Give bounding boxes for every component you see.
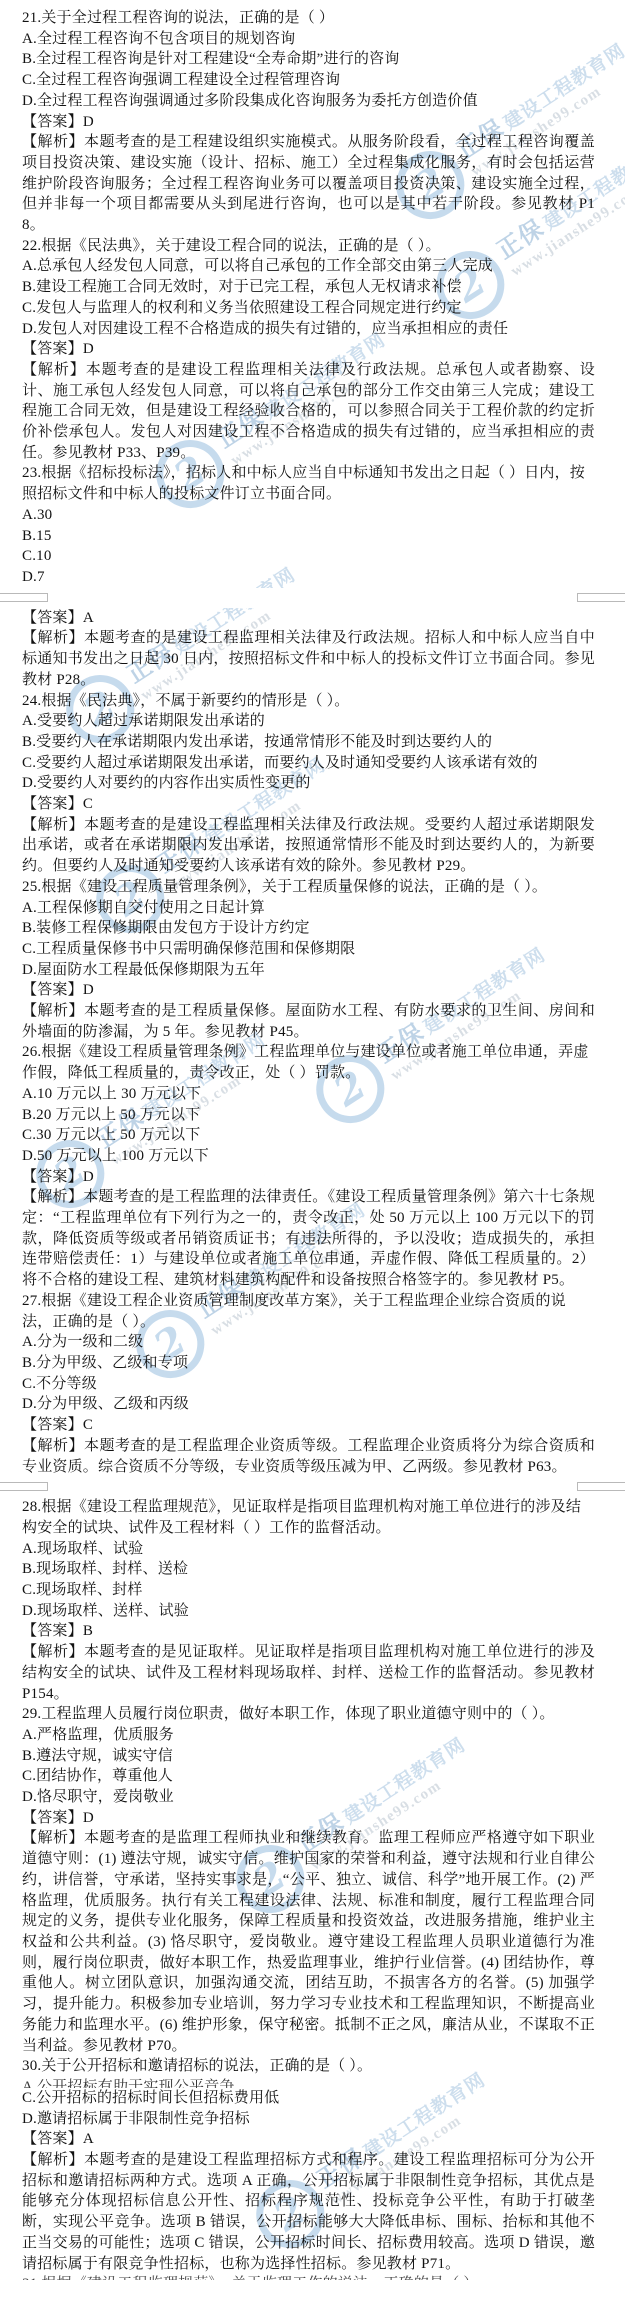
- analysis-paragraph: 【解析】本题考查的是见证取样。见证取样是指项目监理机构对施工单位进行的涉及结构安…: [22, 1642, 595, 1704]
- answer-value: D: [83, 1169, 94, 1185]
- option-d: D.分为甲级、乙级和丙级: [22, 1394, 595, 1415]
- answer-line: 【答案】D: [22, 1167, 595, 1188]
- document-content: 21.关于全过程工程咨询的说法，正确的是（ ） A.全过程工程咨询不包含项目的规…: [0, 8, 625, 2280]
- answer-line: 【答案】D: [22, 339, 595, 360]
- answer-label: 【答案】: [22, 2131, 83, 2147]
- option-b: B.遵法守规，诚实守信: [22, 1746, 595, 1767]
- option-d: D.50 万元以上 100 万元以下: [22, 1146, 595, 1167]
- option-a: A.30: [22, 505, 595, 526]
- analysis-text: 本题考查的是工程质量保修。屋面防水工程、有防水要求的卫生间、房间和外墙面的防渗漏…: [22, 1003, 595, 1040]
- option-c: C.公开招标的招标时间长但招标费用低: [22, 2088, 595, 2109]
- analysis-label: 【解析】: [22, 1438, 84, 1454]
- page-break-marker: [0, 1477, 625, 1497]
- analysis-text: 本题考查的是建设工程监理相关法律及行政法规。总承包人或者勘察、设计、施工承包人经…: [22, 362, 595, 461]
- analysis-label: 【解析】: [22, 1644, 84, 1660]
- analysis-label: 【解析】: [22, 1189, 83, 1205]
- analysis-text: 本题考查的是工程监理企业资质等级。工程监理企业资质将分为综合资质和专业资质。综合…: [22, 1438, 595, 1475]
- option-d: D.发包人对因建设工程不合格造成的损失有过错的，应当承担相应的责任: [22, 319, 595, 340]
- option-b: B.现场取样、封样、送检: [22, 1559, 595, 1580]
- option-a: A.全过程工程咨询不包含项目的规划咨询: [22, 29, 595, 50]
- question-stem: 21.关于全过程工程咨询的说法，正确的是（ ）: [22, 8, 595, 29]
- answer-label: 【答案】: [22, 982, 83, 998]
- option-a: A.现场取样、试验: [22, 1539, 595, 1560]
- analysis-label: 【解析】: [22, 1830, 84, 1846]
- answer-value: A: [83, 610, 94, 626]
- analysis-label: 【解析】: [22, 134, 84, 150]
- option-d: D.邀请招标属于非限制性竞争招标: [22, 2109, 595, 2130]
- analysis-paragraph: 【解析】本题考查的是建设工程监理相关法律及行政法规。受要约人超过承诺期限发出承诺…: [22, 815, 595, 877]
- answer-line: 【答案】C: [22, 1415, 595, 1436]
- answer-value: C: [83, 1417, 93, 1433]
- analysis-label: 【解析】: [22, 2152, 84, 2168]
- answer-label: 【答案】: [22, 114, 83, 130]
- option-c: C.团结协作，尊重他人: [22, 1766, 595, 1787]
- analysis-paragraph: 【解析】本题考查的是工程建设组织实施模式。从服务阶段看，全过程工程咨询覆盖项目投…: [22, 132, 595, 236]
- analysis-text: 本题考查的是工程建设组织实施模式。从服务阶段看，全过程工程咨询覆盖项目投资决策、…: [22, 134, 595, 233]
- analysis-paragraph: 【解析】本题考查的是建设工程监理相关法律及行政法规。招标人和中标人应当自中标通知…: [22, 628, 595, 690]
- question-block-30: 30.关于公开招标和邀请招标的说法，正确的是（ ）。 A.公开招标有助于实现公平…: [22, 2056, 595, 2274]
- analysis-paragraph: 【解析】本题考查的是建设工程监理招标方式和程序。建设工程监理招标可分为公开招标和…: [22, 2150, 595, 2274]
- question-stem: 23.根据《招标投标法》，招标人和中标人应当自中标通知书发出之日起（ ）日内，按…: [22, 463, 595, 504]
- answer-label: 【答案】: [22, 1810, 83, 1826]
- option-d: D.屋面防水工程最低保修期限为五年: [22, 960, 595, 981]
- analysis-paragraph: 【解析】本题考查的是工程监理的法律责任。《建设工程质量管理条例》第六十七条规定：…: [22, 1187, 595, 1291]
- option-a: A.受要约人超过承诺期限发出承诺的: [22, 711, 595, 732]
- question-block-26: 26.根据《建设工程质量管理条例》工程监理单位与建设单位或者施工单位串通，弄虚作…: [22, 1042, 595, 1290]
- question-stem: 24.根据《民法典》，不属于新要约的情形是（ ）。: [22, 691, 595, 712]
- option-c: C.不分等级: [22, 1374, 595, 1395]
- answer-line: 【答案】D: [22, 1808, 595, 1829]
- answer-value: A: [83, 2131, 94, 2147]
- question-block-21: 21.关于全过程工程咨询的说法，正确的是（ ） A.全过程工程咨询不包含项目的规…: [22, 8, 595, 236]
- answer-value: B: [83, 1623, 93, 1639]
- analysis-paragraph: 【解析】本题考查的是工程质量保修。屋面防水工程、有防水要求的卫生间、房间和外墙面…: [22, 1001, 595, 1042]
- page-break-right-bracket: [577, 593, 625, 602]
- analysis-label: 【解析】: [22, 630, 84, 646]
- question-stem: 22.根据《民法典》，关于建设工程合同的说法，正确的是（ ）。: [22, 236, 595, 257]
- question-block-25: 25.根据《建设工程质量管理条例》，关于工程质量保修的说法，正确的是（ ）。 A…: [22, 877, 595, 1043]
- answer-label: 【答案】: [22, 1417, 83, 1433]
- analysis-label: 【解析】: [22, 362, 86, 378]
- answer-value: C: [83, 796, 93, 812]
- option-b: B.全过程工程咨询是针对工程建设“全寿命期”进行的咨询: [22, 49, 595, 70]
- document-page: 2正保建设工程教育网www.jianshe99.com 2正保建设工程教育网ww…: [0, 0, 625, 2318]
- question-block-27: 27.根据《建设工程企业资质管理制度改革方案》，关于工程监理企业综合资质的说法，…: [22, 1291, 595, 1477]
- page-break-marker: [0, 588, 625, 608]
- analysis-paragraph: 【解析】本题考查的是工程监理企业资质等级。工程监理企业资质将分为综合资质和专业资…: [22, 1436, 595, 1477]
- answer-label: 【答案】: [22, 610, 83, 626]
- analysis-text: 本题考查的是建设工程监理招标方式和程序。建设工程监理招标可分为公开招标和邀请招标…: [22, 2152, 595, 2272]
- question-block-23: 23.根据《招标投标法》，招标人和中标人应当自中标通知书发出之日起（ ）日内，按…: [22, 463, 595, 690]
- question-block-29: 29.工程监理人员履行岗位职责，做好本职工作，体现了职业道德守则中的（ ）。 A…: [22, 1704, 595, 2056]
- option-a: A.总承包人经发包人同意，可以将自己承包的工作全部交由第三人完成: [22, 256, 595, 277]
- option-d: D.全过程工程咨询强调通过多阶段集成化咨询服务为委托方创造价值: [22, 91, 595, 112]
- option-b: B.装修工程保修期限由发包方于设计方约定: [22, 918, 595, 939]
- option-b: B.20 万元以上 50 万元以下: [22, 1105, 595, 1126]
- option-c: C.发包人与监理人的权利和义务当依照建设工程合同规定进行约定: [22, 298, 595, 319]
- page-break-left-bracket: [0, 1482, 48, 1491]
- question-stem: 28.根据《建设工程监理规范》，见证取样是指项目监理机构对施工单位进行的涉及结构…: [22, 1497, 595, 1538]
- answer-value: D: [83, 982, 94, 998]
- option-a-clipped: A.公开招标有助于实现公平竞争: [22, 2077, 595, 2088]
- question-block-28: 28.根据《建设工程监理规范》，见证取样是指项目监理机构对施工单位进行的涉及结构…: [22, 1497, 595, 1704]
- answer-line: 【答案】C: [22, 794, 595, 815]
- option-d: D.7: [22, 567, 595, 588]
- option-c: C.10: [22, 546, 595, 567]
- answer-line: 【答案】A: [22, 2129, 595, 2150]
- answer-line: 【答案】D: [22, 980, 595, 1001]
- answer-label: 【答案】: [22, 341, 83, 357]
- question-stem: 25.根据《建设工程质量管理条例》，关于工程质量保修的说法，正确的是（ ）。: [22, 877, 595, 898]
- analysis-label: 【解析】: [22, 817, 84, 833]
- question-stem: 26.根据《建设工程质量管理条例》工程监理单位与建设单位或者施工单位串通，弄虚作…: [22, 1042, 595, 1083]
- option-a: A.工程保修期自交付使用之日起计算: [22, 898, 595, 919]
- question-stem: 27.根据《建设工程企业资质管理制度改革方案》，关于工程监理企业综合资质的说法，…: [22, 1291, 595, 1332]
- answer-value: D: [83, 114, 94, 130]
- answer-value: D: [83, 341, 94, 357]
- option-d: D.恪尽职守，爱岗敬业: [22, 1787, 595, 1808]
- option-b: B.分为甲级、乙级和专项: [22, 1353, 595, 1374]
- answer-label: 【答案】: [22, 1623, 83, 1639]
- analysis-text: 本题考查的是建设工程监理相关法律及行政法规。受要约人超过承诺期限发出承诺，或者在…: [22, 817, 595, 874]
- analysis-text: 本题考查的是见证取样。见证取样是指项目监理机构对施工单位进行的涉及结构安全的试块…: [22, 1644, 595, 1701]
- page-break-right-bracket: [577, 1482, 625, 1491]
- option-a: A.严格监理，优质服务: [22, 1725, 595, 1746]
- option-d: D.现场取样、送样、试验: [22, 1601, 595, 1622]
- clipped-next-line: 31.根据《建设工程监理规范》，关于监理工作的说法，正确的是（ ）。: [22, 2274, 595, 2280]
- option-a: A.分为一级和二级: [22, 1332, 595, 1353]
- option-b: B.建设工程施工合同无效时，对于已完工程，承包人无权请求补偿: [22, 277, 595, 298]
- option-c: C.受要约人超过承诺期限发出承诺，而要约人及时通知受要约人该承诺有效的: [22, 753, 595, 774]
- analysis-paragraph: 【解析】本题考查的是监理工程师执业和继续教育。监理工程师应严格遵守如下职业道德守…: [22, 1828, 595, 2056]
- answer-line: 【答案】D: [22, 112, 595, 133]
- analysis-text: 本题考查的是建设工程监理相关法律及行政法规。招标人和中标人应当自中标通知书发出之…: [22, 630, 595, 687]
- answer-label: 【答案】: [22, 796, 83, 812]
- option-c: C.现场取样、封样: [22, 1580, 595, 1601]
- answer-line: 【答案】B: [22, 1621, 595, 1642]
- analysis-label: 【解析】: [22, 1003, 84, 1019]
- option-b: B.15: [22, 526, 595, 547]
- answer-label: 【答案】: [22, 1169, 83, 1185]
- option-c: C.全过程工程咨询强调工程建设全过程管理咨询: [22, 70, 595, 91]
- analysis-paragraph: 【解析】本题考查的是建设工程监理相关法律及行政法规。总承包人或者勘察、设计、施工…: [22, 360, 595, 464]
- question-stem: 30.关于公开招标和邀请招标的说法，正确的是（ ）。: [22, 2056, 595, 2077]
- answer-value: D: [83, 1810, 94, 1826]
- option-c: C.30 万元以上 50 万元以下: [22, 1125, 595, 1146]
- option-b: B.受要约人在承诺期限内发出承诺，按通常情形不能及时到达要约人的: [22, 732, 595, 753]
- analysis-text: 本题考查的是工程监理的法律责任。《建设工程质量管理条例》第六十七条规定：“工程监…: [22, 1189, 595, 1288]
- option-c: C.工程质量保修书中只需明确保修范围和保修期限: [22, 939, 595, 960]
- option-d: D.受要约人对要约的内容作出实质性变更的: [22, 773, 595, 794]
- option-a: A.10 万元以上 30 万元以下: [22, 1084, 595, 1105]
- question-block-24: 24.根据《民法典》，不属于新要约的情形是（ ）。 A.受要约人超过承诺期限发出…: [22, 691, 595, 877]
- question-block-22: 22.根据《民法典》，关于建设工程合同的说法，正确的是（ ）。 A.总承包人经发…: [22, 236, 595, 464]
- question-stem: 29.工程监理人员履行岗位职责，做好本职工作，体现了职业道德守则中的（ ）。: [22, 1704, 595, 1725]
- page-break-left-bracket: [0, 593, 48, 602]
- analysis-text: 本题考查的是监理工程师执业和继续教育。监理工程师应严格遵守如下职业道德守则：(1…: [22, 1830, 595, 2053]
- answer-line: 【答案】A: [22, 608, 595, 629]
